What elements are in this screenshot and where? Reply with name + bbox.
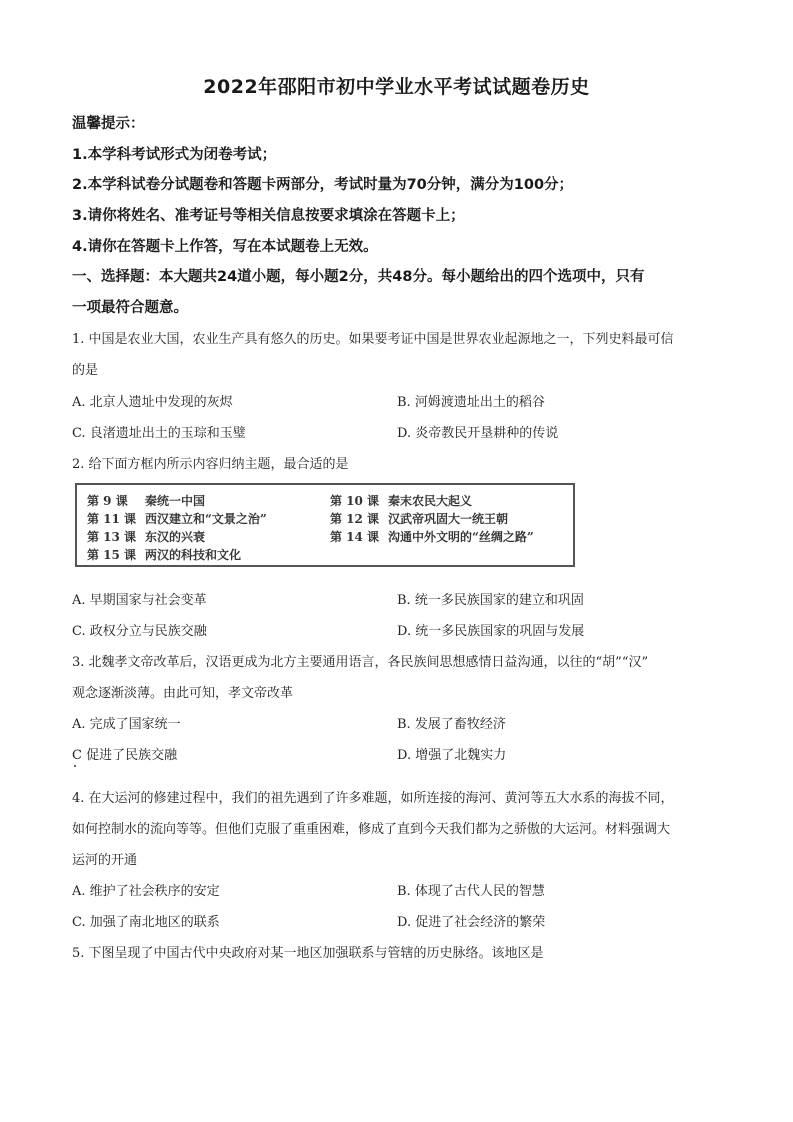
question-2-stem: 2. 给下面方框内所示内容归纳主题，最合适的是 (72, 453, 349, 472)
question-4-stem-line-3: 运河的开通 (72, 849, 137, 868)
question-4-option-d: D. 促进了社会经济的繁荣 (397, 911, 545, 930)
question-4-option-a: A. 维护了社会秩序的安定 (72, 880, 220, 899)
lesson-item: 第 13 课东汉的兴衰 (87, 528, 205, 545)
lesson-number: 第 13 课 (87, 528, 145, 545)
question-5-stem: 5. 下图呈现了中国古代中央政府对某一地区加强联系与管辖的历史脉络。该地区是 (72, 942, 544, 961)
stray-mark (74, 765, 76, 767)
lesson-item: 第 9 课秦统一中国 (87, 492, 205, 509)
section-heading-line-2: 一项最符合题意。 (72, 296, 188, 317)
section-heading-line-1: 一、选择题：本大题共24道小题，每小题2分，共48分。每小题给出的四个选项中，只… (72, 265, 644, 286)
lesson-number: 第 15 课 (87, 546, 145, 563)
question-4-option-b: B. 体现了古代人民的智慧 (397, 880, 545, 899)
question-2-option-c: C. 政权分立与民族交融 (72, 620, 207, 639)
lesson-topic: 沟通中外文明的“丝绸之路” (388, 530, 534, 544)
question-4-option-c: C. 加强了南北地区的联系 (72, 911, 220, 930)
question-1-stem-line-1: 1. 中国是农业大国，农业生产具有悠久的历史。如果要考证中国是世界农业起源地之一… (72, 328, 674, 347)
lesson-item: 第 12 课汉武帝巩固大一统王朝 (330, 510, 508, 527)
lesson-number: 第 12 课 (330, 510, 388, 527)
question-2-option-d: D. 统一多民族国家的巩固与发展 (397, 620, 584, 639)
lesson-topic: 秦统一中国 (145, 494, 205, 508)
lesson-number: 第 14 课 (330, 528, 388, 545)
lesson-number: 第 9 课 (87, 492, 145, 509)
lesson-item: 第 15 课两汉的科技和文化 (87, 546, 241, 563)
question-3-option-c: C 促进了民族交融 (72, 744, 177, 763)
question-3-stem-line-1: 3. 北魏孝文帝改革后，汉语更成为北方主要通用语言，各民族间思想感情日益沟通，以… (72, 651, 648, 670)
notice-item-4: 4.请你在答题卡上作答，写在本试题卷上无效。 (72, 235, 378, 256)
exam-page: 2022年邵阳市初中学业水平考试试题卷历史 温馨提示： 1.本学科考试形式为闭卷… (0, 0, 793, 1122)
question-3-option-b: B. 发展了畜牧经济 (397, 713, 506, 732)
lesson-topic: 西汉建立和“文景之治” (145, 512, 267, 526)
notice-item-2: 2.本学科试卷分试题卷和答题卡两部分，考试时量为70分钟，满分为100分； (72, 173, 573, 194)
exam-title: 2022年邵阳市初中学业水平考试试题卷历史 (0, 72, 793, 99)
notice-item-3: 3.请你将姓名、准考证号等相关信息按要求填涂在答题卡上； (72, 204, 465, 225)
lesson-item: 第 10 课秦末农民大起义 (330, 492, 472, 509)
question-1-option-a: A. 北京人遗址中发现的灰烬 (72, 391, 233, 410)
question-3-stem-line-2: 观念逐渐淡薄。由此可知，孝文帝改革 (72, 682, 293, 701)
question-3-option-a: A. 完成了国家统一 (72, 713, 181, 732)
question-3-option-d: D. 增强了北魏实力 (397, 744, 506, 763)
lesson-topic: 两汉的科技和文化 (145, 548, 241, 562)
lesson-number: 第 10 课 (330, 492, 388, 509)
question-4-stem-line-2: 如何控制水的流向等等。但他们克服了重重困难，修成了直到今天我们都为之骄傲的大运河… (72, 818, 670, 837)
question-4-stem-line-1: 4. 在大运河的修建过程中，我们的祖先遇到了许多难题，如所连接的海河、黄河等五大… (72, 787, 674, 806)
question-2-option-a: A. 早期国家与社会变革 (72, 589, 207, 608)
lesson-number: 第 11 课 (87, 510, 145, 527)
question-1-stem-line-2: 的是 (72, 359, 98, 378)
question-1-option-c: C. 良渚遗址出土的玉琮和玉璧 (72, 422, 246, 441)
lesson-list-box: 第 9 课秦统一中国 第 10 课秦末农民大起义 第 11 课西汉建立和“文景之… (75, 483, 575, 567)
lesson-topic: 汉武帝巩固大一统王朝 (388, 512, 508, 526)
question-1-option-d: D. 炎帝教民开垦耕种的传说 (397, 422, 558, 441)
lesson-item: 第 14 课沟通中外文明的“丝绸之路” (330, 528, 534, 545)
lesson-topic: 东汉的兴衰 (145, 530, 205, 544)
question-1-option-b: B. 河姆渡遗址出土的稻谷 (397, 391, 545, 410)
lesson-item: 第 11 课西汉建立和“文景之治” (87, 510, 267, 527)
question-2-option-b: B. 统一多民族国家的建立和巩固 (397, 589, 584, 608)
lesson-topic: 秦末农民大起义 (388, 494, 472, 508)
notice-heading: 温馨提示： (72, 112, 145, 133)
notice-item-1: 1.本学科考试形式为闭卷考试； (72, 143, 276, 164)
